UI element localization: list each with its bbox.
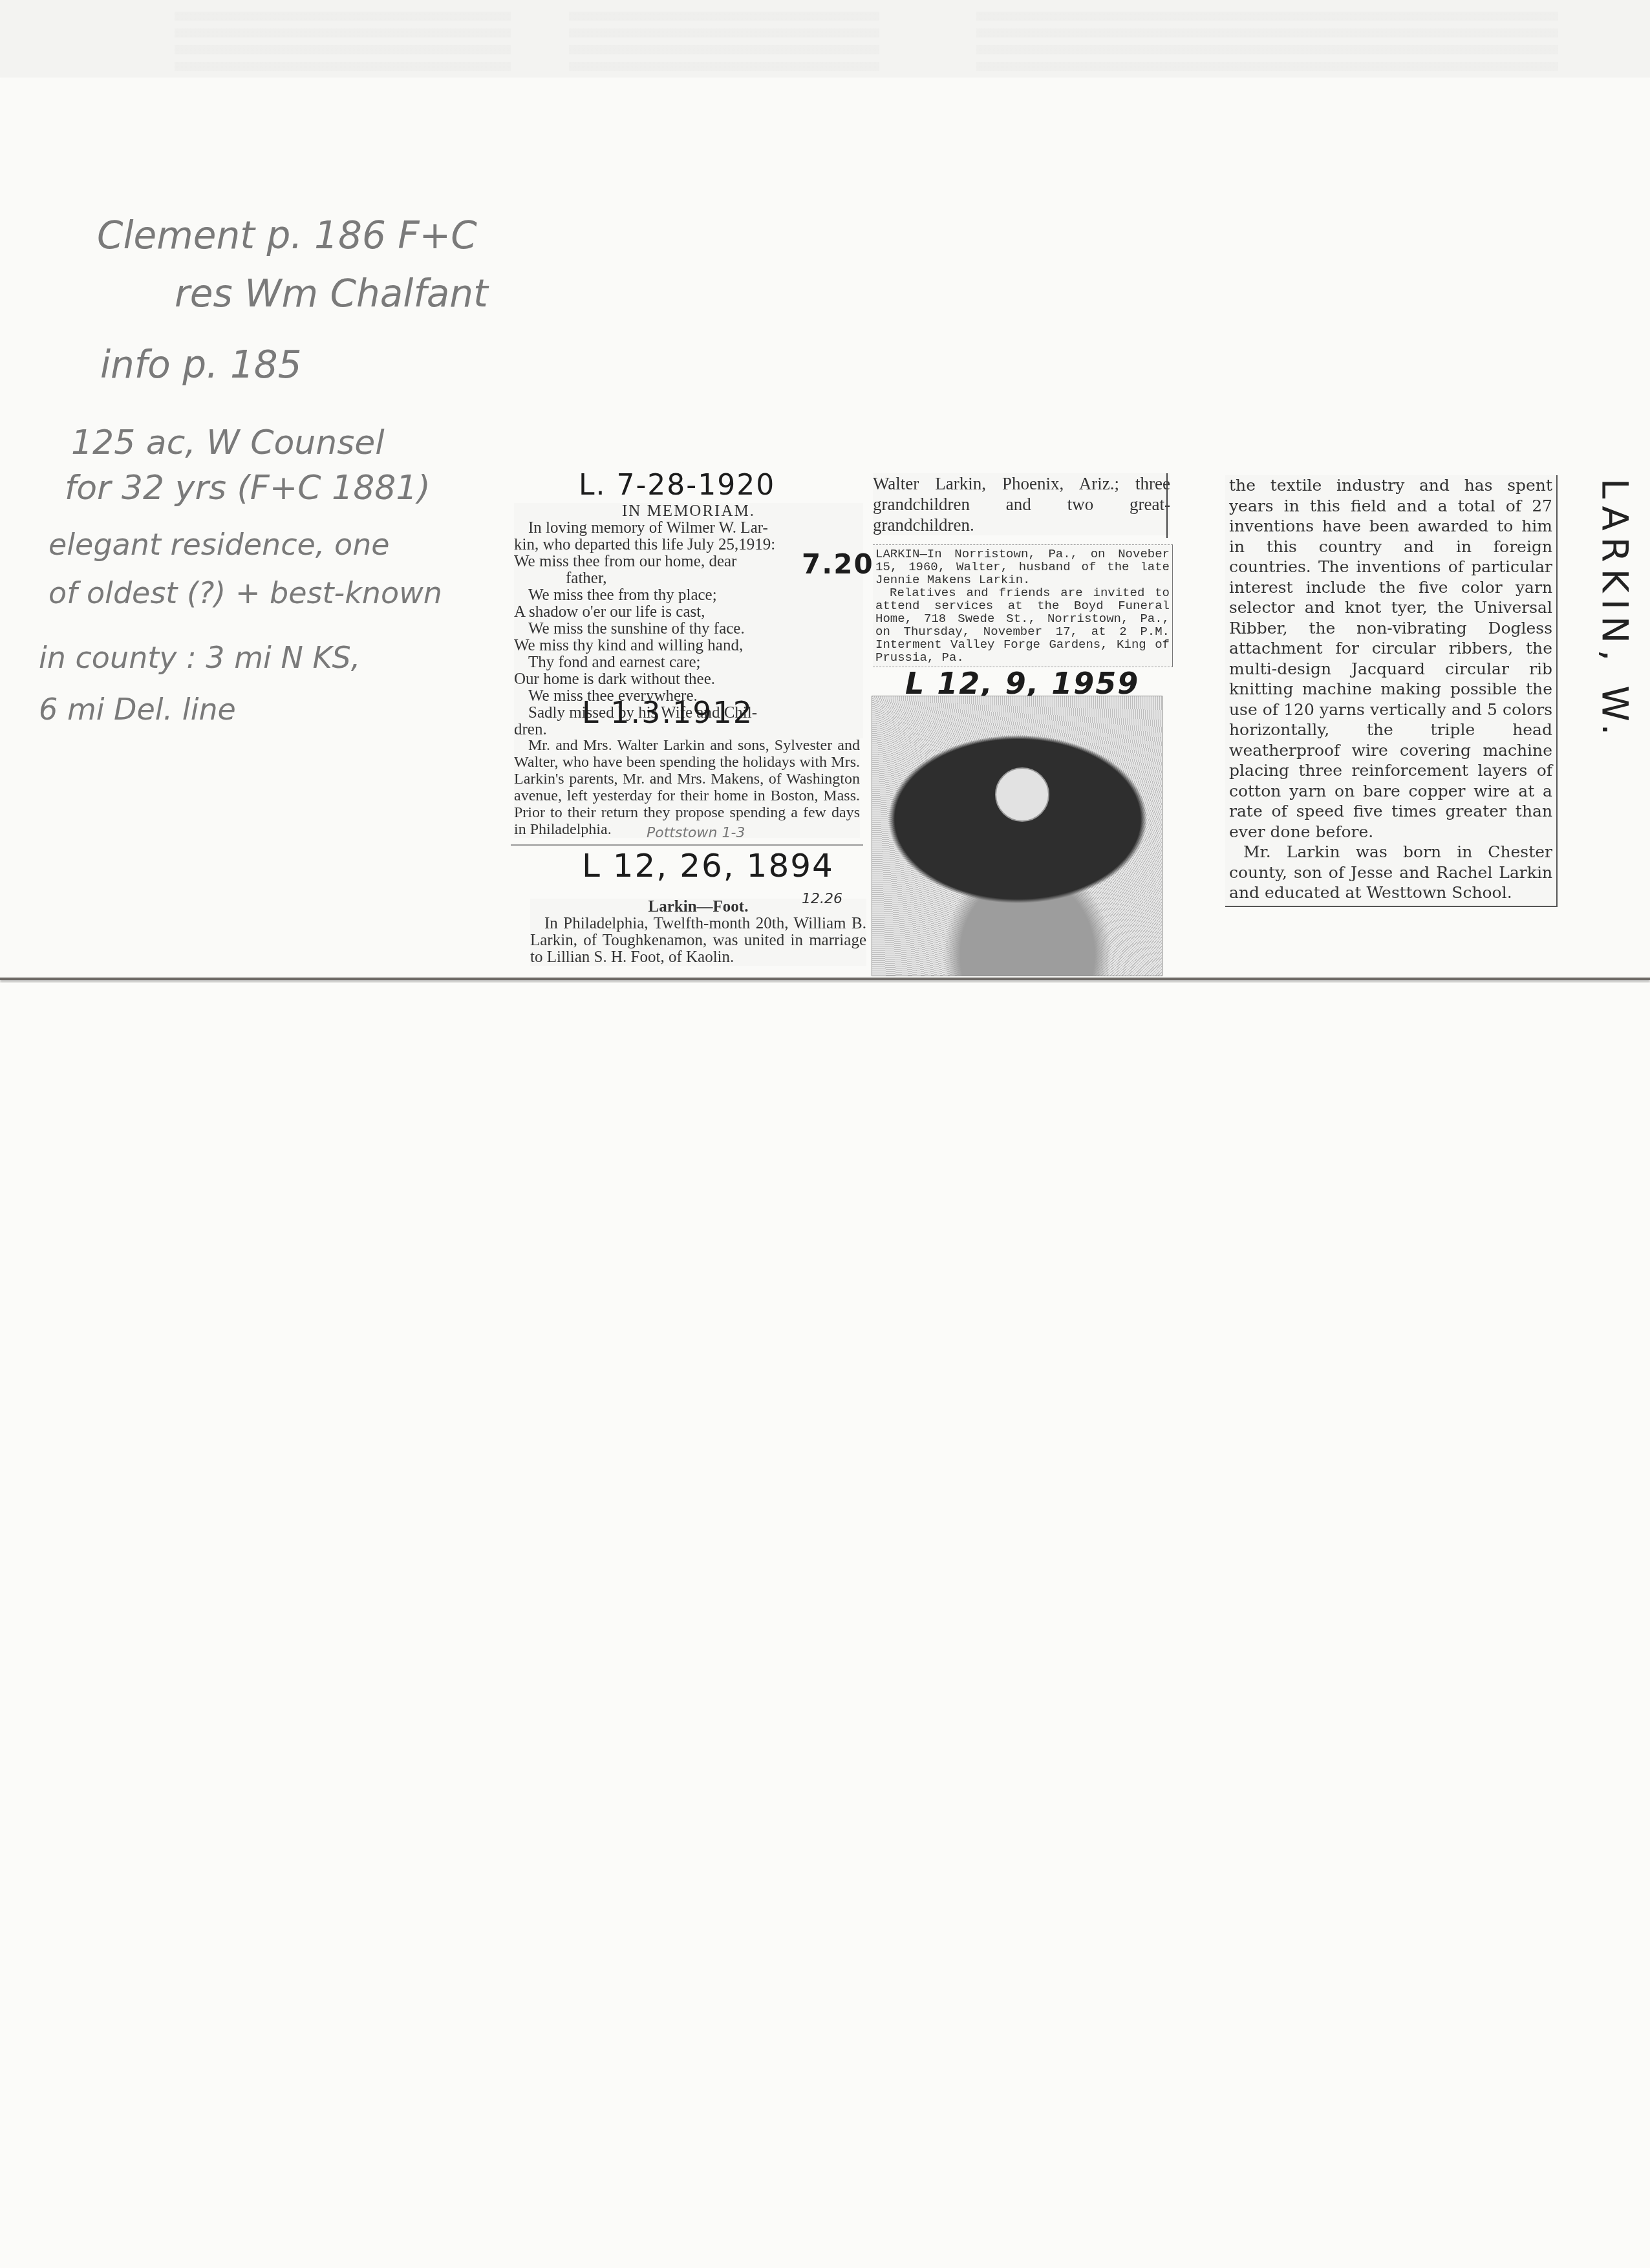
clipping-line: We miss thee from thy place; [514,587,863,604]
date-label: L 12, 26, 1894 [582,847,834,884]
date-label: L. 7-28-1920 [579,469,775,502]
portrait-photo [872,696,1162,976]
clipping-line: In loving memory of Wilmer W. Lar- [514,520,863,537]
clipping-line: A shadow o'er our life is cast, [514,604,863,621]
clipping-textile-inventions: the textile industry and has spent years… [1225,475,1558,907]
clipping-line: Our home is dark without thee. [514,671,863,688]
bleed-through-text [976,6,1558,71]
note-line: info p. 185 [100,343,302,387]
date-label: L 1.3.1912 [582,695,753,730]
clipping-survivors: Walter Larkin, Phoenix, Ariz.; three gra… [873,473,1170,535]
bleed-through-text [569,6,879,71]
note-line: elegant residence, one [48,527,390,562]
clipping-death-notice: LARKIN—In Norristown, Pa., on Noveber 15… [873,544,1173,667]
clipping-text: —In Norristown, Pa., on Noveber 15, 1960… [875,547,1170,587]
note-line: of oldest (?) + best-known [48,575,442,610]
clipping-text: Walter Larkin, Phoenix, Ariz.; three gra… [873,473,1170,535]
clipping-line: We miss thy kind and willing hand, [514,637,863,654]
note-line: Clement p. 186 F+C [97,213,477,257]
divider [511,844,863,846]
note-line: for 32 yrs (F+C 1881) [65,469,431,508]
column-rule [1166,473,1168,538]
note-line: in county : 3 mi N KS, [39,640,360,675]
clipping-text: Mr. Larkin was born in Chester county, s… [1229,842,1552,903]
clipping-heading: IN MEMORIAM. [514,503,863,520]
bleed-through-text [175,6,511,71]
clipping-line: Thy fond and earnest care; [514,654,863,671]
clipping-text: Relatives and friends are invited to att… [875,586,1170,664]
clipping-text: In Philadelphia, Twelfth-month 20th, Wil… [530,915,866,966]
blank-lower-page [0,983,1650,2268]
clipping-larkin-foot: Larkin—Foot. In Philadelphia, Twelfth-mo… [530,899,866,966]
clipping-1912: Mr. and Mrs. Walter Larkin and sons, Syl… [514,737,860,838]
margin-note: Pottstown 1-3 [647,825,745,841]
clipping-text: Mr. and Mrs. Walter Larkin and sons, Syl… [514,737,860,838]
scan-top-strip [0,0,1650,78]
subject-label: LARKIN, W. [1594,478,1636,742]
cap-badge [995,767,1049,822]
margin-note: 12.26 [802,891,842,907]
note-line: 6 mi Del. line [39,692,236,727]
clipping-line: We miss the sunshine of thy face. [514,621,863,637]
margin-note: 7.20 [802,548,874,580]
clipping-text: the textile industry and has spent years… [1229,475,1552,842]
note-line: res Wm Chalfant [175,272,488,316]
note-line: 125 ac, W Counsel [71,423,385,462]
notice-lead: LARKIN [875,547,919,561]
